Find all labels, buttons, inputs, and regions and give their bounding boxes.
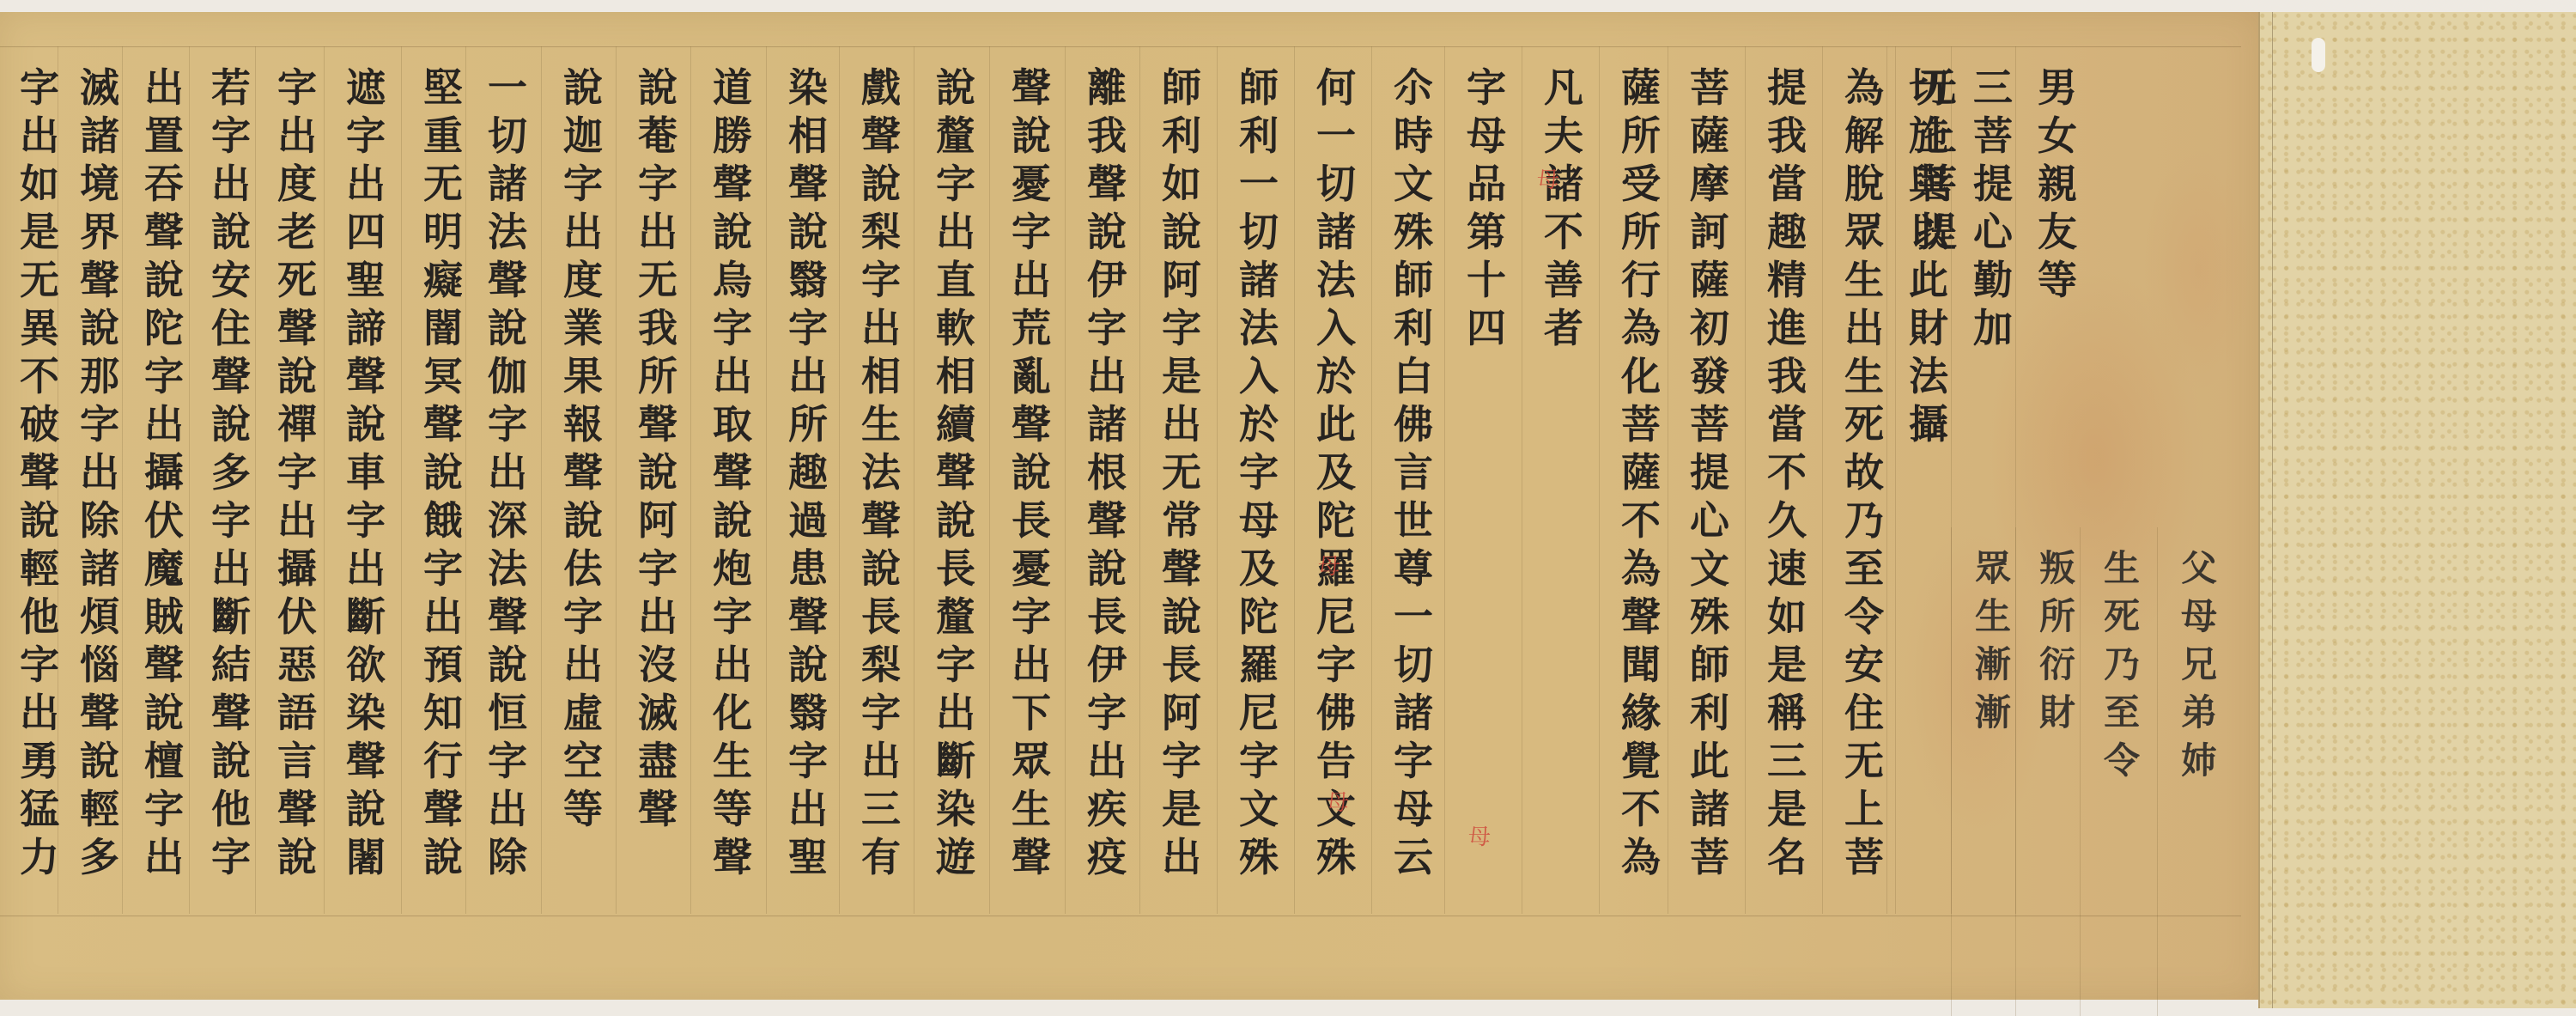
glyph: 字 [1005, 593, 1058, 641]
glyph: 聲 [137, 208, 191, 256]
glyph: 伊 [1080, 256, 1133, 304]
glyph: 遊 [929, 833, 982, 881]
glyph: 无 [631, 256, 684, 304]
glyph: 眾 [1005, 737, 1058, 785]
glyph: 住 [204, 304, 258, 352]
glyph: 三 [1966, 64, 2020, 112]
text-column: 生死乃至令 [2095, 545, 2148, 785]
glyph: 境 [73, 160, 126, 208]
glyph: 出 [270, 112, 324, 160]
text-column: 一切諸法聲說伽字出深法聲說恒字出除 [481, 64, 534, 881]
glyph: 聲 [1005, 400, 1058, 448]
text-column: 何一切諸法入於此及陀羅尼字佛告文殊 [1309, 64, 1363, 881]
glyph: 利 [1387, 304, 1440, 352]
glyph: 字 [854, 689, 908, 737]
glyph: 出 [631, 208, 684, 256]
glyph: 出 [706, 641, 759, 689]
glyph: 兄 [2172, 641, 2226, 689]
glyph: 空 [556, 737, 610, 785]
glyph: 荒 [1005, 304, 1058, 352]
glyph: 何 [1309, 64, 1363, 112]
glyph: 賊 [137, 593, 191, 641]
glyph: 聲 [1155, 545, 1208, 593]
text-column: 菩薩摩訶薩初發菩提心文殊師利此諸菩 [1683, 64, 1736, 881]
glyph: 善 [1537, 256, 1590, 304]
glyph: 離 [1080, 64, 1133, 112]
text-column: 三菩提心勤加 [1966, 64, 2020, 352]
glyph: 虛 [556, 689, 610, 737]
glyph: 多 [204, 448, 258, 496]
glyph: 斷 [204, 593, 258, 641]
glyph: 疾 [1080, 785, 1133, 833]
glyph: 諸 [481, 160, 534, 208]
glyph: 是 [1155, 785, 1208, 833]
glyph: 出 [854, 304, 908, 352]
glyph: 緣 [1614, 689, 1668, 737]
glyph: 脫 [1838, 160, 1891, 208]
glyph: 患 [781, 545, 835, 593]
glyph: 說 [929, 64, 982, 112]
glyph: 聲 [631, 400, 684, 448]
glyph: 說 [781, 641, 835, 689]
glyph: 滅 [631, 689, 684, 737]
glyph: 字 [416, 545, 470, 593]
glyph: 死 [270, 256, 324, 304]
glyph: 所 [781, 400, 835, 448]
glyph: 薩 [1683, 256, 1736, 304]
glyph: 陀 [137, 304, 191, 352]
top-ruling-line [0, 46, 2241, 47]
glyph: 伏 [270, 593, 324, 641]
glyph: 法 [1309, 256, 1363, 304]
glyph: 染 [781, 64, 835, 112]
glyph: 出 [137, 64, 191, 112]
glyph: 眾 [1838, 208, 1891, 256]
glyph: 聲 [416, 785, 470, 833]
glyph: 闍 [339, 833, 392, 881]
glyph: 說 [556, 64, 610, 112]
glyph: 生 [2095, 545, 2148, 593]
glyph: 聲 [854, 496, 908, 545]
glyph: 字 [137, 352, 191, 400]
glyph: 令 [1838, 593, 1891, 641]
glyph: 菩 [1683, 64, 1736, 112]
text-column: 為解脫眾生出生死故乃至令安住无上菩 [1838, 64, 1891, 881]
glyph: 字 [631, 160, 684, 208]
glyph: 聲 [1005, 833, 1058, 881]
glyph: 煩 [73, 593, 126, 641]
glyph: 菩 [1683, 400, 1736, 448]
glyph: 戲 [854, 64, 908, 112]
glyph: 異 [13, 304, 66, 352]
glyph: 趣 [781, 448, 835, 496]
mount-seam-line [2272, 12, 2273, 1008]
glyph: 陀 [1232, 593, 1285, 641]
glyph: 聲 [416, 400, 470, 448]
glyph: 字 [1080, 689, 1133, 737]
glyph: 諸 [1683, 785, 1736, 833]
glyph: 惱 [73, 641, 126, 689]
glyph: 相 [929, 352, 982, 400]
glyph: 說 [556, 496, 610, 545]
glyph: 說 [270, 352, 324, 400]
glyph: 聖 [781, 833, 835, 881]
glyph: 說 [13, 496, 66, 545]
glyph: 字 [73, 400, 126, 448]
glyph: 及 [1232, 545, 1285, 593]
glyph: 說 [204, 737, 258, 785]
glyph: 常 [1155, 496, 1208, 545]
glyph: 等 [2031, 256, 2084, 304]
glyph: 化 [1614, 352, 1668, 400]
glyph: 師 [1387, 256, 1440, 304]
text-column: 眾生漸漸 [1966, 545, 2020, 737]
glyph: 无 [416, 160, 470, 208]
glyph: 男 [2031, 64, 2084, 112]
glyph: 師 [1155, 64, 1208, 112]
glyph: 夫 [1537, 112, 1590, 160]
glyph: 聲 [339, 352, 392, 400]
glyph: 字 [1155, 737, 1208, 785]
glyph: 出 [1005, 641, 1058, 689]
glyph: 提 [1683, 448, 1736, 496]
glyph: 說 [1080, 545, 1133, 593]
glyph: 阿 [1155, 256, 1208, 304]
glyph: 等 [706, 785, 759, 833]
glyph: 字 [204, 833, 258, 881]
glyph: 四 [339, 208, 392, 256]
glyph: 說 [781, 208, 835, 256]
glyph: 出 [13, 689, 66, 737]
glyph: 若 [204, 64, 258, 112]
glyph: 云 [1387, 833, 1440, 881]
glyph: 出 [339, 545, 392, 593]
glyph: 出 [1005, 256, 1058, 304]
glyph: 故 [1838, 448, 1891, 496]
glyph: 字 [1005, 208, 1058, 256]
glyph: 時 [1387, 112, 1440, 160]
glyph: 報 [556, 400, 610, 448]
glyph: 如 [1760, 593, 1814, 641]
glyph: 釐 [929, 593, 982, 641]
glyph: 字 [1460, 64, 1513, 112]
glyph: 及 [1309, 448, 1363, 496]
glyph: 行 [416, 737, 470, 785]
glyph: 文 [1387, 160, 1440, 208]
glyph: 聲 [73, 256, 126, 304]
glyph: 不 [1614, 785, 1668, 833]
glyph: 續 [929, 400, 982, 448]
glyph: 勝 [706, 112, 759, 160]
glyph: 生 [1838, 256, 1891, 304]
glyph: 聲 [1614, 593, 1668, 641]
glyph: 出 [556, 208, 610, 256]
glyph: 出 [631, 593, 684, 641]
glyph: 如 [13, 160, 66, 208]
glyph: 冥 [416, 352, 470, 400]
glyph: 弟 [2172, 689, 2226, 737]
glyph: 出 [1080, 737, 1133, 785]
glyph: 字 [339, 112, 392, 160]
glyph: 疫 [1080, 833, 1133, 881]
glyph: 法 [1902, 352, 1955, 400]
glyph: 攝 [1902, 400, 1955, 448]
glyph: 炮 [706, 545, 759, 593]
glyph: 語 [270, 689, 324, 737]
glyph: 出 [339, 160, 392, 208]
glyph: 說 [270, 833, 324, 881]
glyph: 尊 [1387, 545, 1440, 593]
glyph: 出 [706, 352, 759, 400]
glyph: 伊 [1080, 641, 1133, 689]
glyph: 尼 [1232, 689, 1285, 737]
glyph: 盡 [631, 737, 684, 785]
glyph: 心 [1966, 208, 2020, 256]
glyph: 聲 [270, 785, 324, 833]
glyph: 當 [1760, 160, 1814, 208]
glyph: 伏 [137, 496, 191, 545]
text-column: 提我當趣精進我當不久速如是稱三是名 [1760, 64, 1814, 881]
glyph: 字 [204, 496, 258, 545]
glyph: 所 [1614, 112, 1668, 160]
glyph: 那 [73, 352, 126, 400]
glyph: 字 [270, 64, 324, 112]
glyph: 尼 [1309, 593, 1363, 641]
glyph: 叛 [2031, 545, 2084, 593]
glyph: 利 [1155, 112, 1208, 160]
glyph: 一 [481, 64, 534, 112]
glyph: 出 [1155, 833, 1208, 881]
glyph: 說 [1005, 112, 1058, 160]
glyph: 字 [339, 496, 392, 545]
glyph: 文 [1232, 785, 1285, 833]
glyph: 吞 [137, 160, 191, 208]
glyph: 无 [1155, 448, 1208, 496]
glyph: 他 [204, 785, 258, 833]
glyph: 女 [2031, 112, 2084, 160]
glyph: 說 [1080, 208, 1133, 256]
glyph: 根 [1080, 448, 1133, 496]
glyph: 字 [929, 160, 982, 208]
glyph: 法 [481, 545, 534, 593]
glyph: 知 [416, 689, 470, 737]
glyph: 乃 [1838, 496, 1891, 545]
text-column: 聲說憂字出荒亂聲說長憂字出下眾生聲 [1005, 64, 1058, 881]
glyph: 勤 [1966, 256, 2020, 304]
glyph: 我 [631, 304, 684, 352]
glyph: 聲 [781, 160, 835, 208]
glyph: 聲 [270, 304, 324, 352]
text-column: 字出如是无異不破聲說輕他字出勇猛力 [13, 64, 66, 881]
glyph: 結 [204, 641, 258, 689]
red-correction-stamp: 母 [1318, 549, 1340, 581]
glyph: 令 [2095, 737, 2148, 785]
glyph: 魔 [137, 545, 191, 593]
text-column: 戲聲說梨字出相生法聲說長梨字出三有 [854, 64, 908, 881]
glyph: 聲 [1005, 64, 1058, 112]
glyph: 以 [1902, 208, 1955, 256]
glyph: 不 [1760, 448, 1814, 496]
glyph: 聞 [1614, 641, 1668, 689]
text-column: 師利如說阿字是出无常聲說長阿字是出 [1155, 64, 1208, 881]
text-column: 字母品第十四 [1460, 64, 1513, 352]
glyph: 破 [13, 400, 66, 448]
glyph: 殊 [1232, 833, 1285, 881]
glyph: 菩 [1838, 833, 1891, 881]
glyph: 生 [706, 737, 759, 785]
glyph: 聲 [481, 256, 534, 304]
glyph: 是 [1760, 641, 1814, 689]
glyph: 第 [1460, 208, 1513, 256]
glyph: 殊 [1387, 208, 1440, 256]
glyph: 法 [854, 448, 908, 496]
bottom-ruling-line [0, 916, 2241, 916]
glyph: 取 [706, 400, 759, 448]
glyph: 聲 [781, 593, 835, 641]
glyph: 阿 [1155, 689, 1208, 737]
text-column: 薩所受所行為化菩薩不為聲聞緣覺不為 [1614, 64, 1668, 881]
glyph: 无 [13, 256, 66, 304]
glyph: 輕 [13, 545, 66, 593]
glyph: 如 [1155, 160, 1208, 208]
text-column: 離我聲說伊字出諸根聲說長伊字出疾疫 [1080, 64, 1133, 881]
glyph: 發 [1683, 352, 1736, 400]
glyph: 菴 [631, 112, 684, 160]
glyph: 所 [631, 352, 684, 400]
glyph: 利 [1683, 689, 1736, 737]
glyph: 字 [1155, 304, 1208, 352]
glyph: 出 [781, 785, 835, 833]
glyph: 四 [1460, 304, 1513, 352]
glyph: 佉 [556, 545, 610, 593]
glyph: 母 [1232, 496, 1285, 545]
glyph: 母 [1460, 112, 1513, 160]
glyph: 釐 [929, 112, 982, 160]
text-column: 說釐字出直軟相續聲說長釐字出斷染遊 [929, 64, 982, 881]
glyph: 生 [1966, 593, 2020, 641]
glyph: 眾 [1966, 545, 2020, 593]
glyph: 不 [1614, 496, 1668, 545]
glyph: 染 [929, 785, 982, 833]
glyph: 明 [416, 208, 470, 256]
glyph: 諸 [1387, 689, 1440, 737]
glyph: 說 [204, 400, 258, 448]
glyph: 師 [1232, 64, 1285, 112]
glyph: 說 [339, 400, 392, 448]
glyph: 亂 [1005, 352, 1058, 400]
glyph: 字 [13, 641, 66, 689]
glyph: 禪 [270, 400, 324, 448]
glyph: 切 [481, 112, 534, 160]
glyph: 字 [270, 448, 324, 496]
glyph: 此 [1309, 400, 1363, 448]
glyph: 字 [929, 641, 982, 689]
glyph: 財 [1902, 304, 1955, 352]
glyph: 字 [781, 737, 835, 785]
glyph: 是 [1155, 352, 1208, 400]
text-column: 滅諸境界聲說那字出除諸煩惱聲說輕多 [73, 64, 126, 881]
glyph: 為 [1838, 64, 1891, 112]
glyph: 名 [1760, 833, 1814, 881]
glyph: 說 [1005, 448, 1058, 496]
glyph: 諸 [73, 545, 126, 593]
text-column: 尒時文殊師利白佛言世尊一切諸字母云 [1387, 64, 1440, 881]
glyph: 字 [481, 737, 534, 785]
red-correction-stamp: 母 [1468, 819, 1491, 851]
glyph: 親 [2031, 160, 2084, 208]
glyph: 餓 [416, 496, 470, 545]
glyph: 入 [1309, 304, 1363, 352]
text-column: 凡夫諸不善者 [1537, 64, 1590, 352]
glyph: 菩 [1966, 112, 2020, 160]
glyph: 說 [706, 208, 759, 256]
glyph: 上 [1838, 785, 1891, 833]
glyph: 字 [854, 256, 908, 304]
glyph: 凡 [1537, 64, 1590, 112]
glyph: 母 [2172, 593, 2226, 641]
glyph: 薩 [1683, 112, 1736, 160]
glyph: 覺 [1614, 737, 1668, 785]
glyph: 无 [1838, 737, 1891, 785]
glyph: 出 [929, 208, 982, 256]
glyph: 出 [1080, 352, 1133, 400]
glyph: 薩 [1614, 448, 1668, 496]
glyph: 聲 [1080, 496, 1133, 545]
glyph: 字 [631, 545, 684, 593]
glyph: 聲 [204, 689, 258, 737]
glyph: 聲 [706, 160, 759, 208]
glyph: 諸 [1309, 208, 1363, 256]
glyph: 速 [1760, 545, 1814, 593]
glyph: 提 [1966, 160, 2020, 208]
glyph: 說 [706, 496, 759, 545]
glyph: 法 [481, 208, 534, 256]
glyph: 出 [1838, 304, 1891, 352]
glyph: 遮 [339, 64, 392, 112]
text-column: 父母兄弟姉 [2172, 545, 2226, 785]
glyph: 精 [1760, 256, 1814, 304]
glyph: 久 [1760, 496, 1814, 545]
glyph: 下 [1005, 689, 1058, 737]
glyph: 死 [2095, 593, 2148, 641]
glyph: 聲 [1080, 160, 1133, 208]
glyph: 受 [1614, 160, 1668, 208]
glyph: 字 [556, 593, 610, 641]
glyph: 字 [781, 304, 835, 352]
glyph: 一 [1309, 112, 1363, 160]
glyph: 不 [1537, 208, 1590, 256]
glyph: 字 [137, 785, 191, 833]
glyph: 猛 [13, 785, 66, 833]
text-column: 道勝聲說烏字出取聲說炮字出化生等聲 [706, 64, 759, 881]
glyph: 長 [929, 545, 982, 593]
text-column: 遮字出四聖諦聲說車字出斷欲染聲說闍 [339, 64, 392, 881]
glyph: 品 [1460, 160, 1513, 208]
glyph: 說 [631, 64, 684, 112]
glyph: 殊 [1309, 833, 1363, 881]
glyph: 此 [1683, 737, 1736, 785]
text-column: 染相聲說翳字出所趣過患聲說翳字出聖 [781, 64, 835, 881]
glyph: 諸 [1080, 400, 1133, 448]
glyph: 出 [481, 785, 534, 833]
glyph: 漸 [1966, 689, 2020, 737]
glyph: 攝 [270, 545, 324, 593]
glyph: 出 [73, 448, 126, 496]
text-column: 叛所衍財 [2031, 545, 2084, 737]
glyph: 殊 [1683, 593, 1736, 641]
glyph: 出 [13, 112, 66, 160]
glyph: 字 [204, 112, 258, 160]
